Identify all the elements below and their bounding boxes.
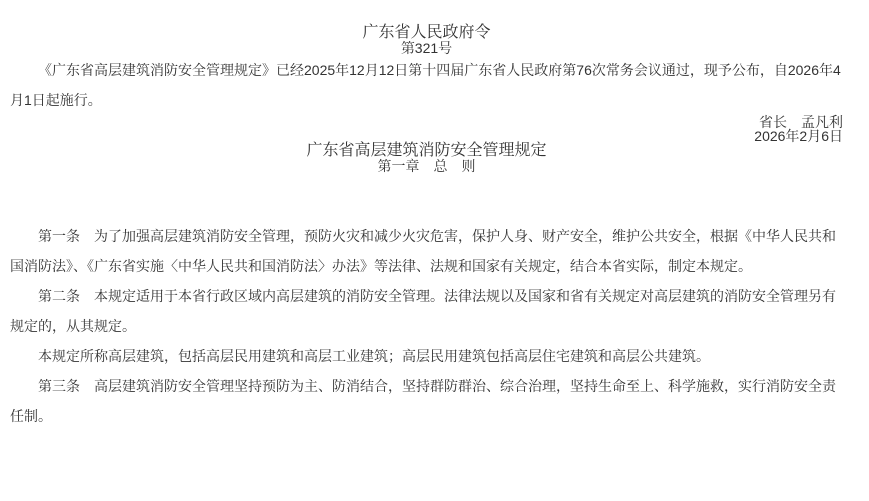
document-page: 广东省人民政府令 第321号 《广东省高层建筑消防安全管理规定》已经2025年1… <box>0 0 869 501</box>
article-3-paragraph: 第三条 高层建筑消防安全管理坚持预防为主、防消结合，坚持群防群治、综合治理，坚持… <box>10 371 843 431</box>
chapter-heading: 第一章 总 则 <box>10 159 843 173</box>
signature-date: 2026年2月6日 <box>10 129 843 143</box>
article-1-paragraph: 第一条 为了加强高层建筑消防安全管理，预防火灾和减少火灾危害，保护人身、财产安全… <box>10 221 843 281</box>
document-title: 广东省人民政府令 <box>10 25 843 41</box>
article-2-paragraph: 第二条 本规定适用于本省行政区域内高层建筑的消防安全管理。法律法规以及国家和省有… <box>10 281 843 341</box>
order-number: 第321号 <box>10 41 843 55</box>
promulgation-paragraph: 《广东省高层建筑消防安全管理规定》已经2025年12月12日第十四届广东省人民政… <box>10 55 843 115</box>
article-2-continuation-paragraph: 本规定所称高层建筑，包括高层民用建筑和高层工业建筑；高层民用建筑包括高层住宅建筑… <box>10 341 843 371</box>
regulation-title: 广东省高层建筑消防安全管理规定 <box>10 143 843 159</box>
signature-line: 省长孟凡利 <box>10 115 843 129</box>
